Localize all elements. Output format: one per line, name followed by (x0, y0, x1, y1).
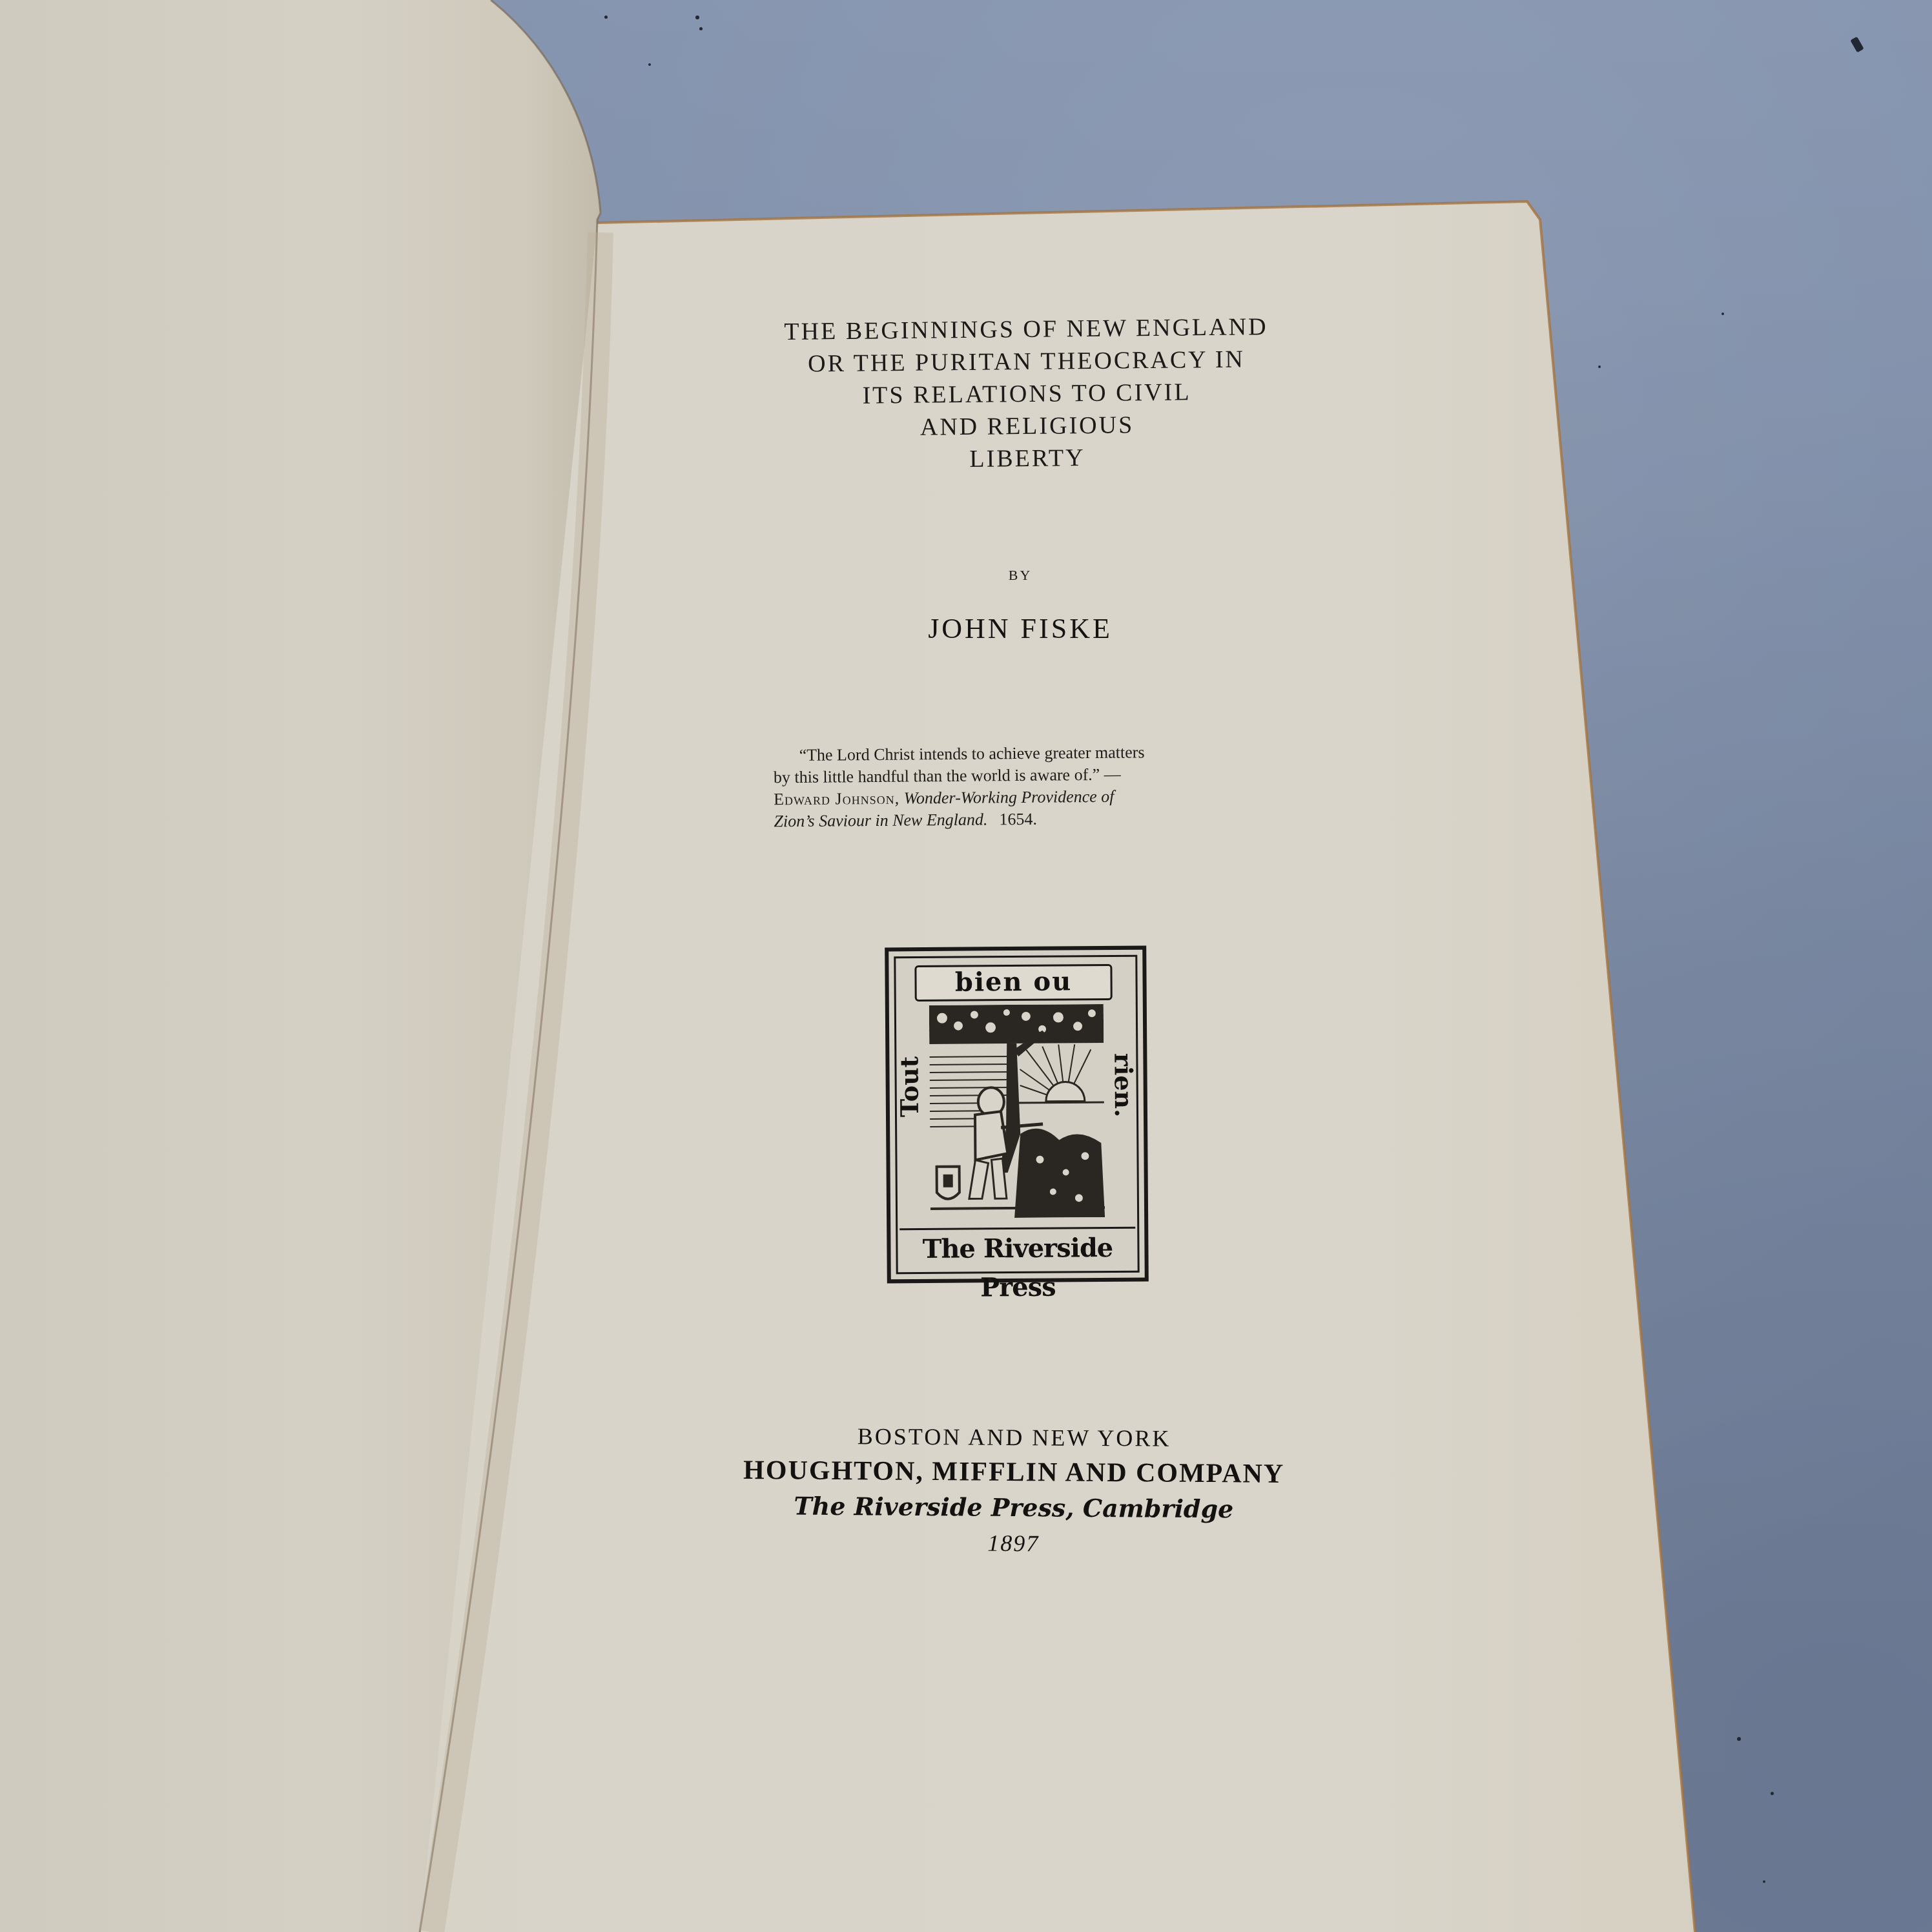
surface-speck (699, 27, 703, 30)
surface-speck (604, 15, 608, 19)
surface-speck (695, 15, 699, 19)
imprint-publisher: HOUGHTON, MIFFLIN AND COMPANY (697, 1452, 1330, 1493)
book-title: THE BEGINNINGS OF NEW ENGLAND OR THE PUR… (684, 309, 1370, 478)
epigraph-work-title: Wonder-Working Providence of (904, 787, 1115, 808)
surface-speck (1598, 365, 1601, 368)
surface-speck (648, 63, 651, 66)
device-side-right: rien. (1108, 1011, 1139, 1160)
surface-speck (1850, 36, 1864, 52)
imprint-year: 1897 (697, 1523, 1330, 1564)
riverside-press-device: bien ou Tout rien. (885, 946, 1149, 1284)
epigraph-attribution-line: Zion’s Saviour in New England.1654. (774, 807, 1264, 833)
author-name: JOHN FISKE (891, 612, 1149, 645)
surface-speck (1763, 1880, 1765, 1883)
surface-speck (1737, 1737, 1741, 1741)
device-side-left: Tout (894, 1012, 925, 1161)
woodcut-illustration (929, 1004, 1105, 1218)
device-banner: bien ou (914, 964, 1112, 1002)
imprint: BOSTON AND NEW YORK HOUGHTON, MIFFLIN AN… (697, 1419, 1330, 1564)
by-label: BY (981, 567, 1059, 584)
epigraph: “The Lord Christ intends to achieve grea… (773, 741, 1264, 833)
epigraph-author: Edward Johnson, (774, 789, 899, 809)
epigraph-year: 1654. (987, 810, 1037, 829)
surface-speck (1771, 1792, 1774, 1795)
imprint-city: BOSTON AND NEW YORK (697, 1419, 1330, 1457)
device-footer-label: The Riverside Press (899, 1227, 1135, 1271)
imprint-press: The Riverside Press, Cambridge (697, 1488, 1330, 1528)
surface-speck (1721, 313, 1724, 315)
epigraph-work-title: Zion’s Saviour in New England. (774, 810, 987, 830)
